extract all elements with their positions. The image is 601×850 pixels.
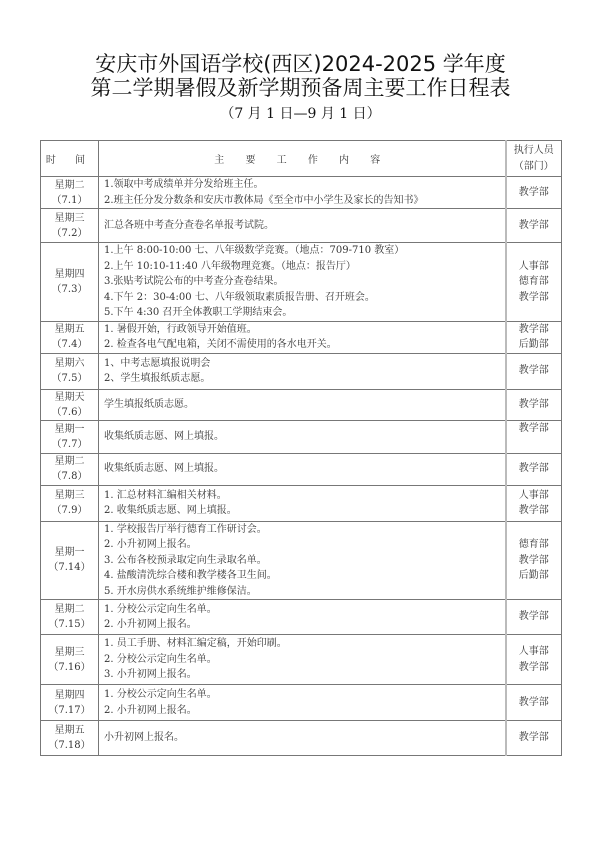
table-row: 星期三（7.9）1. 汇总材料汇编相关材料。2. 收集纸质志愿、网上填报。人事部… xyxy=(41,485,562,521)
department-label: 教学部 xyxy=(507,503,562,519)
department-label: 教学部 xyxy=(507,553,562,569)
department-label: 人事部 xyxy=(507,259,562,275)
task-item: 2. 收集纸质志愿、网上填报。 xyxy=(104,503,505,519)
date-label: （7.1） xyxy=(41,193,98,208)
dept-cell: 教学部 xyxy=(506,685,562,721)
time-cell: 星期五（7.18） xyxy=(41,721,99,756)
department-label: 教学部 xyxy=(507,695,562,711)
task-item: 学生填报纸质志愿。 xyxy=(104,397,505,413)
department-label: 教学部 xyxy=(507,461,562,477)
task-item: 1. 分校公示定向生名单。 xyxy=(104,687,505,703)
date-label: （7.8） xyxy=(41,469,98,484)
department-label: 教学部 xyxy=(507,730,562,746)
date-label: （7.14） xyxy=(41,560,98,575)
task-item: 小升初网上报名。 xyxy=(104,730,505,746)
title-line-date-range: （7 月 1 日—9 月 1 日） xyxy=(0,103,601,125)
task-item: 收集纸质志愿、网上填报。 xyxy=(104,461,505,477)
task-item: 4. 盐酸清洗综合楼和教学楼各卫生间。 xyxy=(104,568,505,584)
date-label: （7.4） xyxy=(41,337,98,352)
content-cell: 1.上午 8:00-10:00 七、八年级数学竞赛。（地点：709-710 教室… xyxy=(99,243,506,322)
date-label: （7.3） xyxy=(41,282,98,297)
dept-cell: 教学部 xyxy=(506,420,562,453)
task-item: 1. 员工手册、材料汇编定稿，开始印刷。 xyxy=(104,636,505,652)
content-cell: 学生填报纸质志愿。 xyxy=(99,389,506,420)
dept-cell: 教学部 xyxy=(506,209,562,243)
task-item: 1. 分校公示定向生名单。 xyxy=(104,602,505,618)
content-cell: 1.领取中考成绩单并分发给班主任。2.班主任分发分数条和安庆市教体局《至全市中小… xyxy=(99,177,506,209)
weekday-label: 星期六 xyxy=(41,356,98,371)
task-item: 2.班主任分发分数条和安庆市教体局《至全市中小学生及家长的告知书》 xyxy=(104,193,505,209)
date-label: （7.6） xyxy=(41,405,98,420)
dept-cell: 人事部德育部教学部 xyxy=(506,243,562,322)
title-line-schedule: 第二学期暑假及新学期预备周主要工作日程表 xyxy=(0,76,601,101)
weekday-label: 星期三 xyxy=(41,211,98,226)
task-item: 2. 小升初网上报名。 xyxy=(104,537,505,553)
date-label: （7.5） xyxy=(41,371,98,386)
content-cell: 1、中考志愿填报说明会2、学生填报纸质志愿。 xyxy=(99,353,506,389)
task-item: 3.张贴考试院公布的中考查分查卷结果。 xyxy=(104,274,505,290)
time-cell: 星期三（7.9） xyxy=(41,485,99,521)
title-line-school: 安庆市外国语学校(西区)2024-2025 学年度 xyxy=(0,52,601,76)
department-label: 教学部 xyxy=(507,322,562,338)
table-row: 星期五（7.4）1. 暑假开始，行政领导开始值班。2. 检查各电气配电箱，关闭不… xyxy=(41,321,562,353)
task-item: 2.上午 10:10-11:40 八年级物理竞赛。（地点：报告厅） xyxy=(104,259,505,275)
task-item: 3. 小升初网上报名。 xyxy=(104,667,505,683)
schedule-table: 时 间 主 要 工 作 内 容 执行人员 （部门） 星期二（7.1）1.领取中考… xyxy=(40,140,562,756)
task-item: 1.上午 8:00-10:00 七、八年级数学竞赛。（地点：709-710 教室… xyxy=(104,243,505,259)
weekday-label: 星期天 xyxy=(41,390,98,405)
weekday-label: 星期二 xyxy=(41,602,98,617)
time-cell: 星期天（7.6） xyxy=(41,389,99,420)
task-item: 汇总各班中考查分查卷名单报考试院。 xyxy=(104,218,505,234)
task-item: 1、中考志愿填报说明会 xyxy=(104,356,505,372)
content-cell: 1. 汇总材料汇编相关材料。2. 收集纸质志愿、网上填报。 xyxy=(99,485,506,521)
task-item: 5.下午 4:30 召开全体教职工学期结束会。 xyxy=(104,305,505,321)
table-row: 星期二（7.15）1. 分校公示定向生名单。2. 小升初网上报名。教学部 xyxy=(41,600,562,635)
dept-cell: 教学部 xyxy=(506,453,562,485)
dept-cell: 教学部 xyxy=(506,389,562,420)
time-cell: 星期二（7.1） xyxy=(41,177,99,209)
date-label: （7.18） xyxy=(41,738,98,753)
task-item: 2、学生填报纸质志愿。 xyxy=(104,371,505,387)
content-cell: 收集纸质志愿、网上填报。 xyxy=(99,420,506,453)
date-label: （7.16） xyxy=(41,660,98,675)
schedule-body: 星期二（7.1）1.领取中考成绩单并分发给班主任。2.班主任分发分数条和安庆市教… xyxy=(41,177,562,756)
table-header-row: 时 间 主 要 工 作 内 容 执行人员 （部门） xyxy=(41,141,562,177)
date-label: （7.7） xyxy=(41,437,98,452)
task-item: 2. 小升初网上报名。 xyxy=(104,617,505,633)
header-dept: 执行人员 （部门） xyxy=(506,141,562,177)
content-cell: 收集纸质志愿、网上填报。 xyxy=(99,453,506,485)
weekday-label: 星期一 xyxy=(41,422,98,437)
time-cell: 星期三（7.2） xyxy=(41,209,99,243)
department-label: 人事部 xyxy=(507,488,562,504)
department-label: 教学部 xyxy=(507,609,562,625)
department-label: 德育部 xyxy=(507,274,562,290)
task-item: 2. 小升初网上报名。 xyxy=(104,703,505,719)
weekday-label: 星期四 xyxy=(41,688,98,703)
content-cell: 1. 分校公示定向生名单。2. 小升初网上报名。 xyxy=(99,600,506,635)
date-label: （7.17） xyxy=(41,703,98,718)
time-cell: 星期六（7.5） xyxy=(41,353,99,389)
task-item: 5. 开水房供水系统维护维修保洁。 xyxy=(104,584,505,600)
weekday-label: 星期二 xyxy=(41,178,98,193)
department-label: 教学部 xyxy=(507,397,562,413)
table-row: 星期二（7.1）1.领取中考成绩单并分发给班主任。2.班主任分发分数条和安庆市教… xyxy=(41,177,562,209)
dept-cell: 教学部 xyxy=(506,177,562,209)
dept-cell: 教学部 xyxy=(506,600,562,635)
date-label: （7.9） xyxy=(41,503,98,518)
content-cell: 1. 分校公示定向生名单。2. 小升初网上报名。 xyxy=(99,685,506,721)
department-label: 后勤部 xyxy=(507,568,562,584)
table-row: 星期天（7.6）学生填报纸质志愿。教学部 xyxy=(41,389,562,420)
time-cell: 星期一（7.14） xyxy=(41,521,99,600)
weekday-label: 星期三 xyxy=(41,645,98,660)
weekday-label: 星期一 xyxy=(41,545,98,560)
weekday-label: 星期四 xyxy=(41,267,98,282)
department-label: 教学部 xyxy=(507,421,562,437)
department-label: 教学部 xyxy=(507,218,562,234)
table-row: 星期五（7.18）小升初网上报名。教学部 xyxy=(41,721,562,756)
task-item: 3. 公布各校预录取定向生录取名单。 xyxy=(104,553,505,569)
table-row: 星期三（7.16）1. 员工手册、材料汇编定稿，开始印刷。2. 分校公示定向生名… xyxy=(41,635,562,685)
table-row: 星期六（7.5）1、中考志愿填报说明会2、学生填报纸质志愿。教学部 xyxy=(41,353,562,389)
date-label: （7.15） xyxy=(41,617,98,632)
time-cell: 星期三（7.16） xyxy=(41,635,99,685)
task-item: 4.下午 2：30-4:00 七、八年级领取素质报告册、召开班会。 xyxy=(104,290,505,306)
content-cell: 小升初网上报名。 xyxy=(99,721,506,756)
task-item: 2. 分校公示定向生名单。 xyxy=(104,652,505,668)
header-content: 主 要 工 作 内 容 xyxy=(99,141,506,177)
dept-cell: 教学部 xyxy=(506,353,562,389)
time-cell: 星期二（7.15） xyxy=(41,600,99,635)
header-time: 时 间 xyxy=(41,141,99,177)
content-cell: 1. 暑假开始，行政领导开始值班。2. 检查各电气配电箱，关闭不需使用的各水电开… xyxy=(99,321,506,353)
date-label: （7.2） xyxy=(41,226,98,241)
dept-cell: 德育部教学部后勤部 xyxy=(506,521,562,600)
content-cell: 1. 学校报告厅举行德育工作研讨会。2. 小升初网上报名。3. 公布各校预录取定… xyxy=(99,521,506,600)
task-item: 1. 暑假开始，行政领导开始值班。 xyxy=(104,322,505,338)
time-cell: 星期四（7.3） xyxy=(41,243,99,322)
weekday-label: 星期五 xyxy=(41,322,98,337)
content-cell: 1. 员工手册、材料汇编定稿，开始印刷。2. 分校公示定向生名单。3. 小升初网… xyxy=(99,635,506,685)
table-row: 星期三（7.2）汇总各班中考查分查卷名单报考试院。教学部 xyxy=(41,209,562,243)
dept-cell: 人事部教学部 xyxy=(506,635,562,685)
table-row: 星期一（7.14）1. 学校报告厅举行德育工作研讨会。2. 小升初网上报名。3.… xyxy=(41,521,562,600)
time-cell: 星期五（7.4） xyxy=(41,321,99,353)
task-item: 收集纸质志愿、网上填报。 xyxy=(104,429,505,445)
department-label: 教学部 xyxy=(507,290,562,306)
weekday-label: 星期二 xyxy=(41,454,98,469)
table-row: 星期四（7.17）1. 分校公示定向生名单。2. 小升初网上报名。教学部 xyxy=(41,685,562,721)
time-cell: 星期一（7.7） xyxy=(41,420,99,453)
dept-cell: 教学部 xyxy=(506,721,562,756)
weekday-label: 星期三 xyxy=(41,488,98,503)
task-item: 2. 检查各电气配电箱，关闭不需使用的各水电开关。 xyxy=(104,337,505,353)
header-dept-line1: 执行人员 xyxy=(507,143,562,159)
header-dept-line2: （部门） xyxy=(507,159,562,175)
task-item: 1. 汇总材料汇编相关材料。 xyxy=(104,488,505,504)
department-label: 教学部 xyxy=(507,185,562,201)
task-item: 1.领取中考成绩单并分发给班主任。 xyxy=(104,177,505,193)
department-label: 人事部 xyxy=(507,644,562,660)
table-row: 星期一（7.7）收集纸质志愿、网上填报。教学部 xyxy=(41,420,562,453)
department-label: 教学部 xyxy=(507,660,562,676)
task-item: 1. 学校报告厅举行德育工作研讨会。 xyxy=(104,522,505,538)
department-label: 教学部 xyxy=(507,363,562,379)
time-cell: 星期四（7.17） xyxy=(41,685,99,721)
department-label: 后勤部 xyxy=(507,337,562,353)
time-cell: 星期二（7.8） xyxy=(41,453,99,485)
weekday-label: 星期五 xyxy=(41,723,98,738)
dept-cell: 教学部后勤部 xyxy=(506,321,562,353)
dept-cell: 人事部教学部 xyxy=(506,485,562,521)
table-row: 星期四（7.3）1.上午 8:00-10:00 七、八年级数学竞赛。（地点：70… xyxy=(41,243,562,322)
document-title: 安庆市外国语学校(西区)2024-2025 学年度 第二学期暑假及新学期预备周主… xyxy=(0,52,601,125)
table-row: 星期二（7.8）收集纸质志愿、网上填报。教学部 xyxy=(41,453,562,485)
content-cell: 汇总各班中考查分查卷名单报考试院。 xyxy=(99,209,506,243)
department-label: 德育部 xyxy=(507,537,562,553)
